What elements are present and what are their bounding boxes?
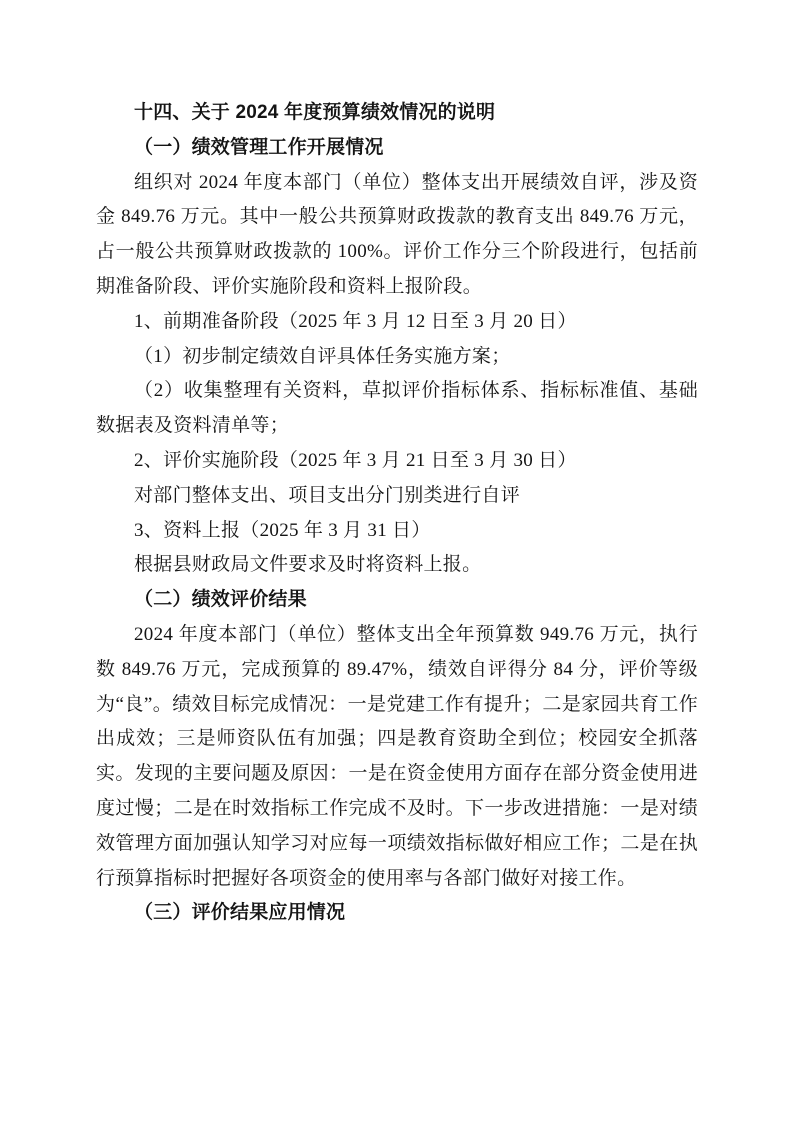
- section-heading: （二）绩效评价结果: [96, 583, 698, 618]
- body-paragraph: 1、前期准备阶段（2025 年 3 月 12 日至 3 月 20 日）: [96, 305, 698, 340]
- document-page: 十四、关于 2024 年度预算绩效情况的说明（一）绩效管理工作开展情况组织对 2…: [0, 0, 793, 1122]
- body-paragraph: 2、评价实施阶段（2025 年 3 月 21 日至 3 月 30 日）: [96, 444, 698, 479]
- section-heading: （一）绩效管理工作开展情况: [96, 131, 698, 166]
- body-paragraph: 根据县财政局文件要求及时将资料上报。: [96, 548, 698, 583]
- body-paragraph: 3、资料上报（2025 年 3 月 31 日）: [96, 514, 698, 549]
- document-content: 十四、关于 2024 年度预算绩效情况的说明（一）绩效管理工作开展情况组织对 2…: [96, 96, 698, 931]
- body-paragraph: 2024 年度本部门（单位）整体支出全年预算数 949.76 万元，执行数 84…: [96, 618, 698, 896]
- body-paragraph: 对部门整体支出、项目支出分门别类进行自评: [96, 479, 698, 514]
- section-heading: （三）评价结果应用情况: [96, 896, 698, 931]
- body-paragraph: （1）初步制定绩效自评具体任务实施方案；: [96, 340, 698, 375]
- document-title: 十四、关于 2024 年度预算绩效情况的说明: [96, 96, 698, 131]
- body-paragraph: （2）收集整理有关资料，草拟评价指标体系、指标标准值、基础数据表及资料清单等；: [96, 374, 698, 444]
- body-paragraph: 组织对 2024 年度本部门（单位）整体支出开展绩效自评，涉及资金 849.76…: [96, 166, 698, 305]
